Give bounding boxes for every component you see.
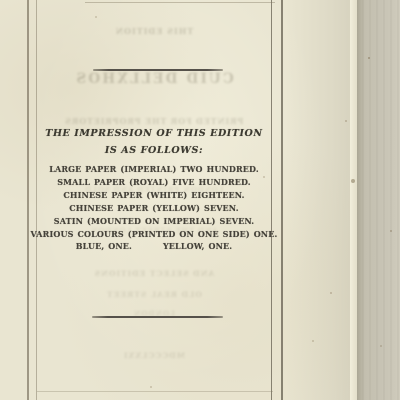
edition-row-large-paper: LARGE PAPER (IMPERIAL) TWO HUNDRED. [30, 163, 278, 176]
bottom-rule [92, 316, 223, 318]
edition-row-blue-yellow: BLUE, ONE. YELLOW, ONE. [30, 240, 278, 253]
frame-border-right-outer [281, 0, 283, 400]
page-edge-highlight [350, 0, 357, 400]
top-rule [93, 69, 223, 71]
paper-specks [368, 57, 370, 59]
edition-heading-line1: THE IMPRESSION OF THIS EDITION [30, 125, 278, 142]
edition-row-chinese-yellow: CHINESE PAPER (YELLOW) SEVEN. [30, 202, 278, 215]
page-curve-shadow [286, 0, 352, 400]
edition-blue-one: BLUE, ONE. [76, 241, 132, 251]
frame-border-left-outer [27, 0, 29, 400]
edition-heading-line2: IS AS FOLLOWS: [30, 142, 278, 159]
edition-row-small-paper: SMALL PAPER (ROYAL) FIVE HUNDRED. [30, 176, 278, 189]
edition-row-satin: SATIN (MOUNTED ON IMPERIAL) SEVEN. [30, 215, 278, 228]
edition-yellow-one: YELLOW, ONE. [163, 241, 232, 251]
edition-list: LARGE PAPER (IMPERIAL) TWO HUNDRED. SMAL… [30, 163, 278, 253]
book-fore-edge [357, 0, 400, 400]
edition-row-chinese-white: CHINESE PAPER (WHITE) EIGHTEEN. [30, 189, 278, 202]
edition-row-various-colours: VARIOUS COLOURS (PRINTED ON ONE SIDE) ON… [30, 228, 278, 241]
edition-heading: THE IMPRESSION OF THIS EDITION IS AS FOL… [30, 125, 278, 159]
frame-border-top [85, 2, 275, 3]
frame-border-bottom [37, 391, 273, 392]
